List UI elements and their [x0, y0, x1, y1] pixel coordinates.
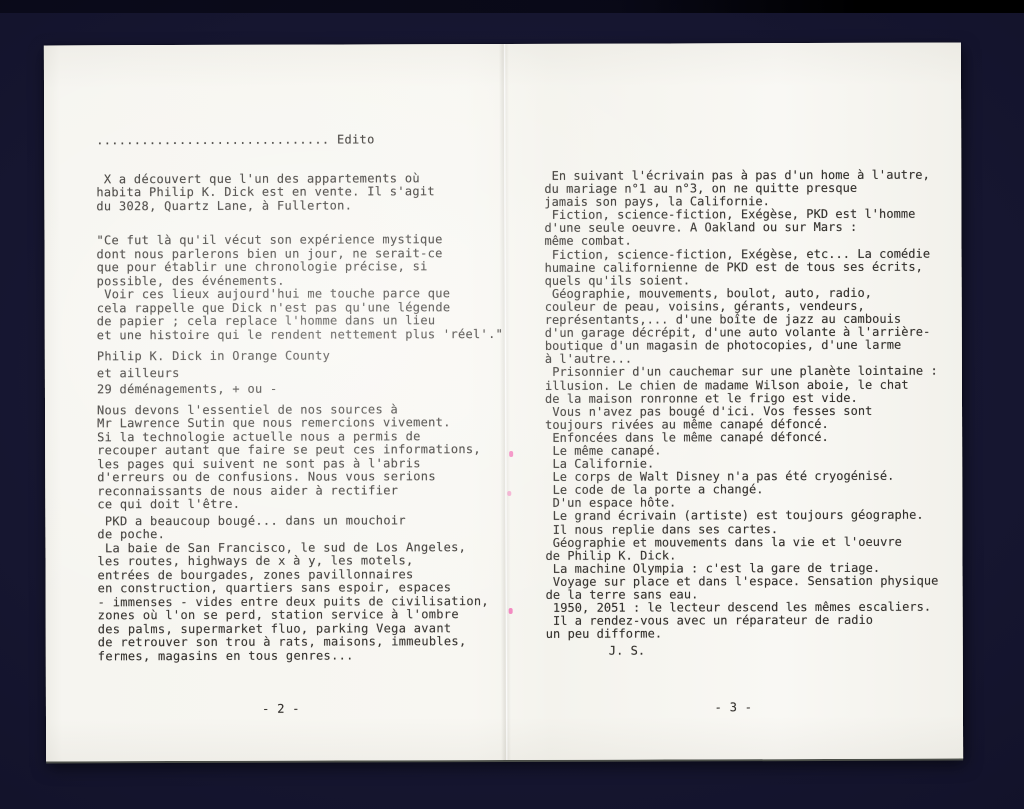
left-page: ............................... Edito X …: [96, 133, 504, 663]
scan-background: { "colors": { "background": "#14142d", "…: [0, 0, 1024, 809]
paragraph-sources: Nous devons l'essentiel de nos sources à…: [97, 403, 504, 512]
right-page: En suivant l'écrivain pas à pas d'un hom…: [544, 169, 938, 659]
page-number-left: - 2 -: [196, 701, 366, 716]
edito-header: ............................... Edito: [96, 133, 502, 148]
staple-mark: [509, 451, 513, 457]
signature: J. S.: [609, 644, 939, 658]
paragraph-apartment: X a découvert que l'un des appartements …: [96, 172, 502, 214]
title-line-demenagements: 29 déménagements, + ou -: [97, 382, 503, 397]
paragraph-moves: PKD a beaucoup bougé... dans un mouchoir…: [97, 513, 504, 663]
scan-edge-shadow: [0, 0, 1024, 13]
staple-mark: [509, 608, 513, 614]
paragraph-geography: Géographie et mouvements dans la vie et …: [545, 535, 938, 641]
title-line-et-ailleurs: et ailleurs: [97, 366, 503, 381]
paragraph-quote: "Ce fut là qu'il vécut son expérience my…: [96, 233, 503, 342]
title-line-orange-county: Philip K. Dick in Orange County: [97, 349, 503, 364]
paragraph-journey: En suivant l'écrivain pas à pas d'un hom…: [544, 169, 938, 537]
staple-mark: [507, 491, 511, 496]
page-number-right: - 3 -: [646, 700, 821, 715]
paper-spread: ............................... Edito X …: [44, 43, 963, 762]
